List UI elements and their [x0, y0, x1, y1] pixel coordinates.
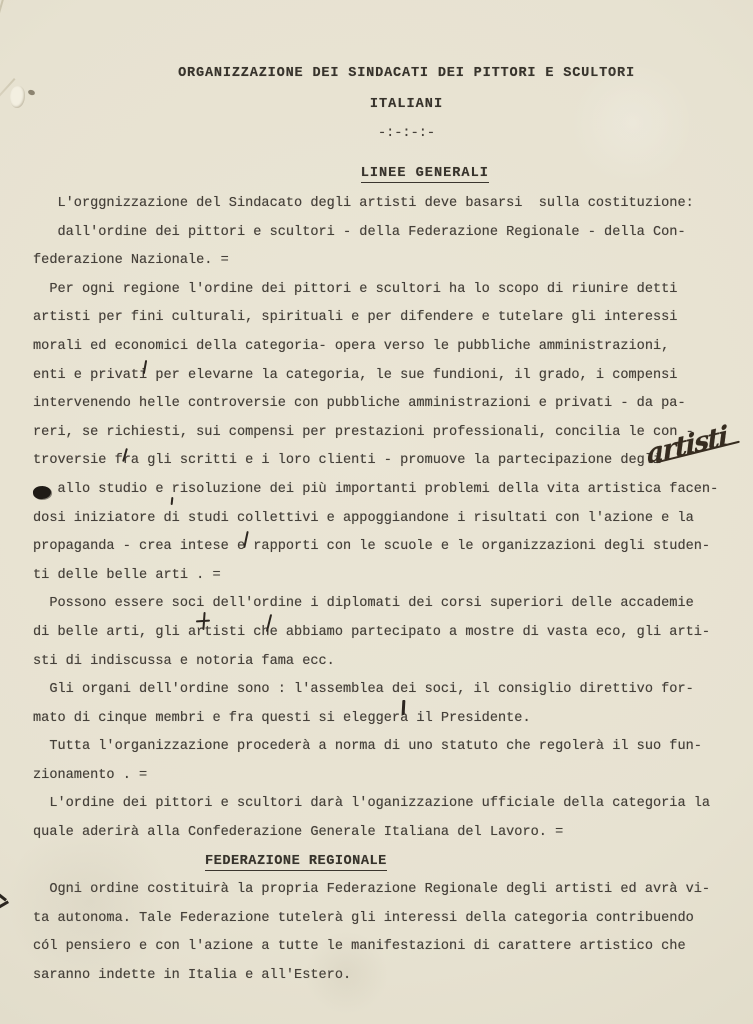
typed-line: Tutta l'organizzazione procederà a norma…: [33, 733, 739, 762]
typed-line: Ogni ordine costituirà la propria Federa…: [33, 876, 739, 905]
typed-line: saranno indette in Italia e all'Estero.: [33, 962, 739, 991]
document-title-line2: ITALIANI: [30, 97, 753, 112]
typed-line: quale aderirà alla Confederazione Genera…: [33, 819, 739, 848]
edge-ink-mark: [0, 900, 9, 908]
typed-line: morali ed economici della categoria- ope…: [33, 333, 739, 362]
typed-line: Per ogni regione l'ordine dei pittori e …: [33, 276, 739, 305]
typed-line: ti delle belle arti . =: [33, 562, 739, 591]
typed-line: propaganda - crea intese e rapporti con …: [33, 533, 739, 562]
typed-line: ta autonoma. Tale Federazione tutelerà g…: [33, 905, 739, 934]
typed-line: di belle arti, gli artisti che abbiamo p…: [33, 619, 739, 648]
typed-line: dall'ordine dei pittori e scultori - del…: [33, 219, 739, 248]
typed-line: L'ordine dei pittori e scultori darà l'o…: [33, 790, 739, 819]
typed-line: Possono essere soci dell'ordine i diplom…: [33, 590, 739, 619]
typed-line: artisti per fini culturali, spirituali e…: [33, 304, 739, 333]
typed-line: federazione Nazionale. =: [33, 247, 739, 276]
paper-damage-dot: [27, 89, 35, 96]
document-page: ORGANIZZAZIONE DEI SINDACATI DEI PITTORI…: [0, 0, 753, 1024]
typed-line: zionamento . =: [33, 762, 739, 791]
typed-line: allo studio e risoluzione dei più import…: [33, 476, 739, 505]
section-federazione-regionale-text: Ogni ordine costituirà la propria Federa…: [33, 876, 739, 990]
typed-line: Gli organi dell'ordine sono : l'assemble…: [33, 676, 739, 705]
ornament-divider: -:-:-:-: [30, 126, 753, 141]
typed-line: mato di cinque membri e fra questi si el…: [33, 705, 739, 734]
document-body: L'orggnizzazione del Sindacato degli art…: [33, 190, 739, 991]
typed-line: cól pensiero e con l'azione a tutte le m…: [33, 933, 739, 962]
paper-damage-spot: [10, 86, 25, 108]
typed-line: enti e privati per elevarne la categoria…: [33, 362, 739, 391]
typed-line: dosi iniziatore di studi collettivi e ap…: [33, 505, 739, 534]
typed-line: intervenendo helle controversie con pubb…: [33, 390, 739, 419]
paper-crease: [0, 0, 6, 119]
typed-line: troversie fra gli scritti e i loro clien…: [33, 447, 739, 476]
document-title-line1: ORGANIZZAZIONE DEI SINDACATI DEI PITTORI…: [30, 66, 753, 81]
typed-line: reri, se richiesti, sui compensi per pre…: [33, 419, 739, 448]
typed-line: L'orggnizzazione del Sindacato degli art…: [33, 190, 739, 219]
section-heading-federazione-regionale: FEDERAZIONE REGIONALE: [205, 848, 739, 877]
section-linee-generali-text: L'orggnizzazione del Sindacato degli art…: [33, 190, 739, 848]
typed-line: sti di indiscussa e notoria fama ecc.: [33, 648, 739, 677]
